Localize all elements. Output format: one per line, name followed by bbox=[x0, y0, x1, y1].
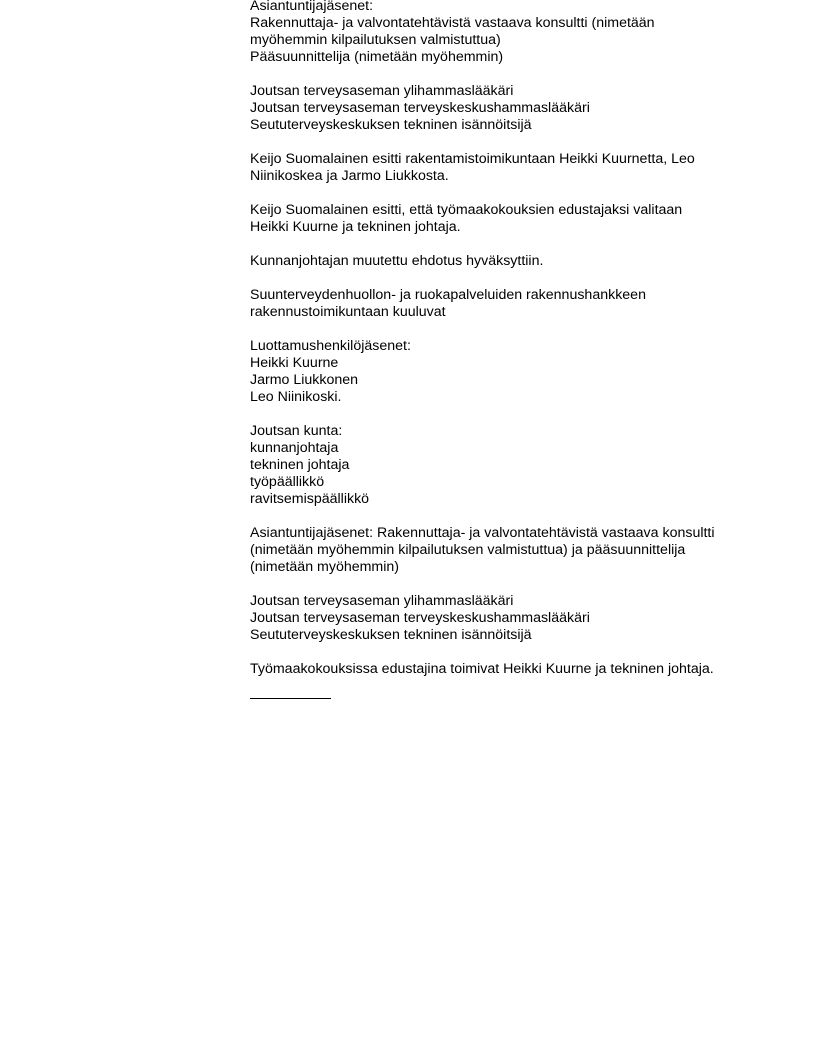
paragraph-health-staff-2: Joutsan terveysaseman ylihammaslääkäri J… bbox=[250, 593, 750, 644]
document-body: Asiantuntijajäsenet: Rakennuttaja- ja va… bbox=[250, 0, 750, 699]
text-line: myöhemmin kilpailutuksen valmistuttua) bbox=[250, 32, 750, 49]
text-line: Seututerveyskeskuksen tekninen isännöits… bbox=[250, 627, 750, 644]
text-line: rakennustoimikuntaan kuuluvat bbox=[250, 304, 750, 321]
text-line: Työmaakokouksissa edustajina toimivat He… bbox=[250, 661, 750, 678]
text-line: ravitsemispäällikkö bbox=[250, 491, 750, 508]
text-line: Joutsan kunta: bbox=[250, 423, 750, 440]
paragraph-committee-intro: Suunterveydenhuollon- ja ruokapalveluide… bbox=[250, 287, 750, 321]
text-line: Joutsan terveysaseman terveyskeskushamma… bbox=[250, 100, 750, 117]
text-line: (nimetään myöhemmin kilpailutuksen valmi… bbox=[250, 542, 750, 559]
text-line: Heikki Kuurne bbox=[250, 355, 750, 372]
text-line: Asiantuntijajäsenet: Rakennuttaja- ja va… bbox=[250, 525, 750, 542]
paragraph-expert-members-2: Asiantuntijajäsenet: Rakennuttaja- ja va… bbox=[250, 525, 750, 576]
text-line: Keijo Suomalainen esitti rakentamistoimi… bbox=[250, 151, 750, 168]
text-line: Keijo Suomalainen esitti, että työmaakok… bbox=[250, 202, 750, 219]
text-line: kunnanjohtaja bbox=[250, 440, 750, 457]
text-line: Heikki Kuurne ja tekninen johtaja. bbox=[250, 219, 750, 236]
text-line: työpäällikkö bbox=[250, 474, 750, 491]
text-line: Rakennuttaja- ja valvontatehtävistä vast… bbox=[250, 15, 750, 32]
text-line: Asiantuntijajäsenet: bbox=[250, 0, 750, 15]
paragraph-decision: Kunnanjohtajan muutettu ehdotus hyväksyt… bbox=[250, 253, 750, 270]
text-line: Pääsuunnittelija (nimetään myöhemmin) bbox=[250, 49, 750, 66]
paragraph-proposal-committee: Keijo Suomalainen esitti rakentamistoimi… bbox=[250, 151, 750, 185]
text-line: Niinikoskea ja Jarmo Liukkosta. bbox=[250, 168, 750, 185]
text-line: Joutsan terveysaseman terveyskeskushamma… bbox=[250, 610, 750, 627]
separator-line bbox=[250, 698, 331, 699]
paragraph-expert-members-1: Asiantuntijajäsenet: Rakennuttaja- ja va… bbox=[250, 0, 750, 66]
text-line: Jarmo Liukkonen bbox=[250, 372, 750, 389]
text-line: Suunterveydenhuollon- ja ruokapalveluide… bbox=[250, 287, 750, 304]
text-line: Kunnanjohtajan muutettu ehdotus hyväksyt… bbox=[250, 253, 750, 270]
text-line: Joutsan terveysaseman ylihammaslääkäri bbox=[250, 593, 750, 610]
paragraph-proposal-site-meetings: Keijo Suomalainen esitti, että työmaakok… bbox=[250, 202, 750, 236]
paragraph-trustee-members: Luottamushenkilöjäsenet: Heikki Kuurne J… bbox=[250, 338, 750, 406]
paragraph-site-meeting-reps: Työmaakokouksissa edustajina toimivat He… bbox=[250, 661, 750, 678]
text-line: Leo Niinikoski. bbox=[250, 389, 750, 406]
text-line: Joutsan terveysaseman ylihammaslääkäri bbox=[250, 83, 750, 100]
text-line: tekninen johtaja bbox=[250, 457, 750, 474]
text-line: (nimetään myöhemmin) bbox=[250, 559, 750, 576]
paragraph-municipality-members: Joutsan kunta: kunnanjohtaja tekninen jo… bbox=[250, 423, 750, 508]
text-line: Luottamushenkilöjäsenet: bbox=[250, 338, 750, 355]
text-line: Seututerveyskeskuksen tekninen isännöits… bbox=[250, 117, 750, 134]
paragraph-health-staff-1: Joutsan terveysaseman ylihammaslääkäri J… bbox=[250, 83, 750, 134]
